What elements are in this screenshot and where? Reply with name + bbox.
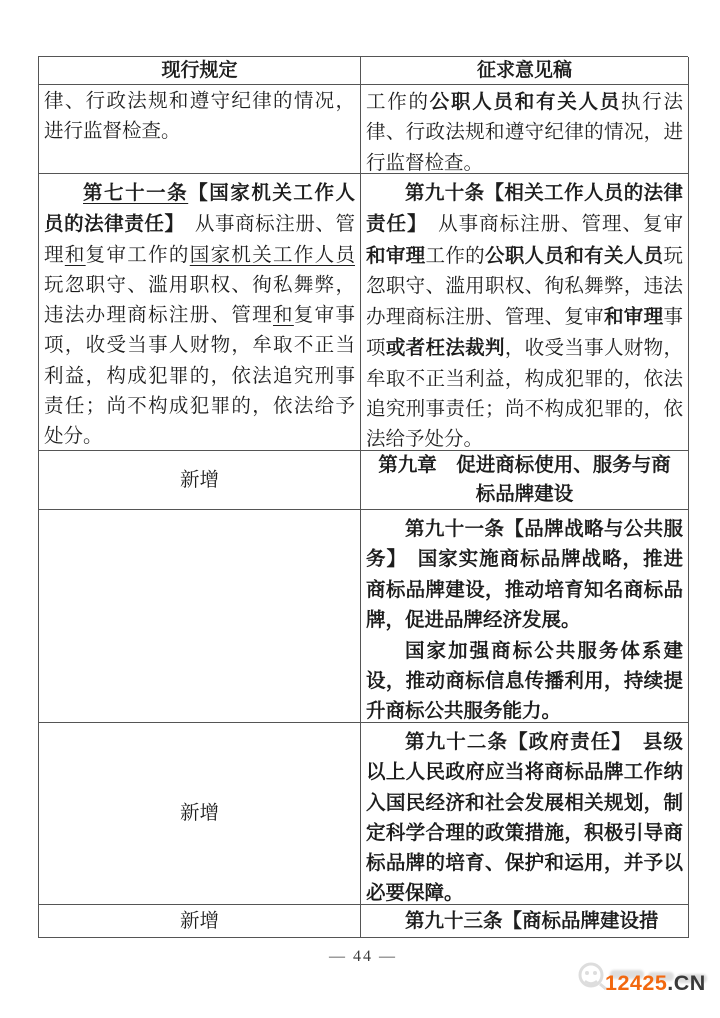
- paragraph: 第七十一条【国家机关工作人员的法律责任】 从事商标注册、管理和复审工作的国家机关…: [44, 178, 355, 451]
- text-run: 复审工作的: [86, 245, 190, 266]
- text-run-bold: 第九十三条【商标品牌建设措: [405, 910, 659, 932]
- text-run-bold: 第九十一条【品牌战略与公共服务】 国家实施商标品牌战略，推进商标品牌建设，推动培…: [366, 518, 683, 631]
- cell-draft-row3-chapter: 第九章 促进商标使用、服务与商标品牌建设: [361, 451, 689, 510]
- text-run: 律、行政法规和遵守纪律的情况，进行监督检查。: [44, 91, 355, 142]
- text-run-bold-underline: 第七十一条: [83, 182, 188, 204]
- chapter-heading: 第九章 促进商标使用、服务与商标品牌建设: [369, 451, 680, 510]
- cell-current-row3-new: 新增: [39, 451, 361, 510]
- column-header-current-label: 现行规定: [161, 61, 237, 80]
- cell-current-row4-empty: [39, 510, 361, 723]
- watermark: 12425.CN: [574, 956, 714, 1008]
- paragraph: 国家加强商标公共服务体系建设，推动商标信息传播利用，持续提升商标公共服务能力。: [366, 636, 683, 723]
- cell-current-row5-new: 新增: [39, 723, 361, 905]
- text-run-bold: 国家加强商标公共服务体系建设，推动商标信息传播利用，持续提升商标公共服务能力。: [366, 640, 683, 723]
- new-addition-label: 新增: [180, 798, 219, 828]
- watermark-suffix: .CN: [667, 971, 706, 995]
- text-run-underline: 国家机关工作人员: [190, 245, 355, 266]
- paragraph: 律、行政法规和遵守纪律的情况，进行监督检查。: [44, 87, 355, 148]
- cell-current-row6-new: 新增: [39, 905, 361, 938]
- text-run-bold: 或者枉法裁判: [386, 337, 505, 359]
- text-run-bold: 和审理: [604, 306, 664, 328]
- text-run-underline: 和: [273, 305, 294, 326]
- document-page: 现行规定 征求意见稿 律、行政法规和遵守纪律的情况，进行监督检查。 工作的公职人…: [0, 0, 720, 1018]
- paragraph: 工作的公职人员和有关人员执行法律、行政法规和遵守纪律的情况，进行监督检查。: [366, 87, 683, 174]
- watermark-text: 12425.CN: [605, 973, 706, 995]
- paragraph: 第九十一条【品牌战略与公共服务】 国家实施商标品牌战略，推进商标品牌建设，推动培…: [366, 514, 683, 636]
- cell-draft-row2: 第九十条【相关工作人员的法律责任】 从事商标注册、管理、复审和审理工作的公职人员…: [361, 174, 689, 451]
- paragraph: 第九十三条【商标品牌建设措: [366, 906, 683, 936]
- text-run-bold: 公职人员和有关人员: [485, 245, 663, 267]
- text-run: 从事商标注册、管理、复审: [418, 214, 683, 235]
- cell-draft-row6: 第九十三条【商标品牌建设措: [361, 905, 689, 938]
- column-header-draft-label: 征求意见稿: [477, 61, 572, 80]
- text-run-bold: 第九十二条【政府责任】 县级以上人民政府应当将商标品牌工作纳入国民经济和社会发展…: [366, 731, 683, 904]
- cell-draft-row4: 第九十一条【品牌战略与公共服务】 国家实施商标品牌战略，推进商标品牌建设，推动培…: [361, 510, 689, 723]
- text-run: 复审事项，收受当事人财物，牟取不正当利益，构成犯罪的，依法追究刑事责任；尚不构成…: [44, 305, 355, 447]
- text-run-underline: 和: [65, 245, 86, 266]
- text-run: 工作的: [366, 92, 430, 113]
- text-run-bold: 和审理: [366, 245, 426, 267]
- cell-current-row1: 律、行政法规和遵守纪律的情况，进行监督检查。: [39, 85, 361, 174]
- column-header-current: 现行规定: [39, 57, 361, 85]
- paragraph: 第九十条【相关工作人员的法律责任】 从事商标注册、管理、复审和审理工作的公职人员…: [366, 178, 683, 451]
- new-addition-label: 新增: [180, 906, 219, 936]
- paragraph: 第九十二条【政府责任】 县级以上人民政府应当将商标品牌工作纳入国民经济和社会发展…: [366, 727, 683, 905]
- watermark-number: 12425: [605, 971, 667, 995]
- cell-current-row2: 第七十一条【国家机关工作人员的法律责任】 从事商标注册、管理和复审工作的国家机关…: [39, 174, 361, 451]
- text-run-bold: 公职人员和有关人员: [430, 91, 621, 113]
- comparison-table: 现行规定 征求意见稿 律、行政法规和遵守纪律的情况，进行监督检查。 工作的公职人…: [38, 56, 688, 938]
- cell-draft-row5: 第九十二条【政府责任】 县级以上人民政府应当将商标品牌工作纳入国民经济和社会发展…: [361, 723, 689, 905]
- text-run: 工作的: [426, 246, 486, 267]
- column-header-draft: 征求意见稿: [361, 57, 689, 85]
- new-addition-label: 新增: [180, 465, 219, 495]
- cell-draft-row1: 工作的公职人员和有关人员执行法律、行政法规和遵守纪律的情况，进行监督检查。: [361, 85, 689, 174]
